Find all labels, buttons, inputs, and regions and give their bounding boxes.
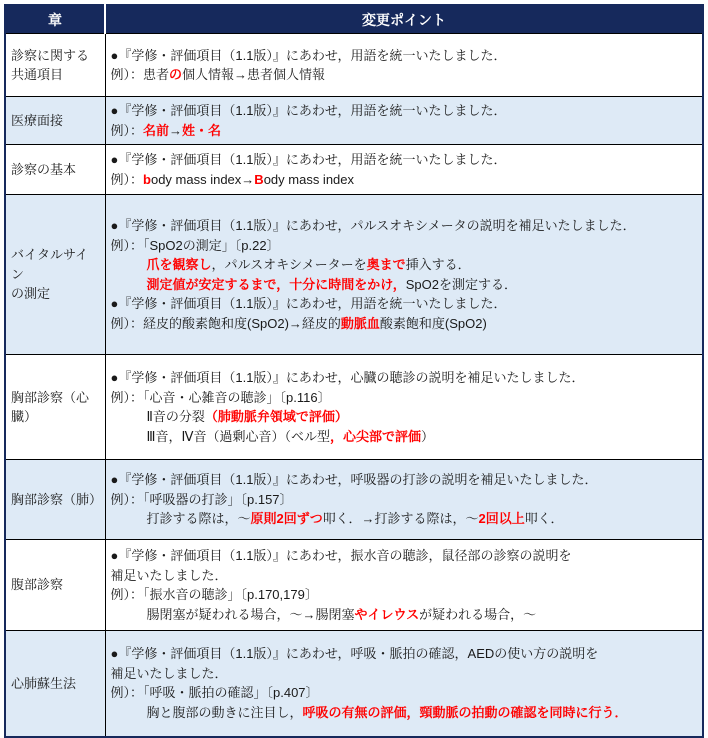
text-segment: 例）：「SpO2の測定」〔p.22〕 xyxy=(111,238,280,253)
table-row: 心肺蘇生法●『学修・評価項目（1.1版）』にあわせ，呼吸・脈拍の確認，AEDの使… xyxy=(5,631,703,737)
table-row: 医療面接●『学修・評価項目（1.1版）』にあわせ，用語を統一いたしました．例）：… xyxy=(5,97,703,145)
chapter-cell: 胸部診察（心臓） xyxy=(5,355,105,460)
chapter-cell: 診察の基本 xyxy=(5,145,105,195)
table-row: 腹部診察●『学修・評価項目（1.1版）』にあわせ，振水音の聴診，鼠径部の診察の説… xyxy=(5,540,703,631)
changed-text-segment: 奥まで xyxy=(367,257,406,272)
changed-text-segment: 動脈血 xyxy=(341,316,380,331)
chapter-cell: 診察に関する共通項目 xyxy=(5,34,105,97)
text-segment: → xyxy=(169,123,182,138)
change-table-page: 章 変更ポイント 診察に関する共通項目●『学修・評価項目（1.1版）』にあわせ，… xyxy=(0,0,708,738)
content-line: 例）：「振水音の聴診」〔p.170,179〕 xyxy=(111,585,699,605)
changed-text-segment: 測定値が安定するまで，十分に時間をかけ， xyxy=(147,277,406,292)
content-line: ●『学修・評価項目（1.1版）』にあわせ，用語を統一いたしました． xyxy=(111,46,699,66)
text-segment: ody mass index xyxy=(264,172,354,187)
text-segment: ody mass index→ xyxy=(151,172,254,187)
text-segment: 補足いたしました． xyxy=(111,568,228,583)
text-segment: 酸素飽和度(SpO2) xyxy=(380,316,487,331)
chapter-line: 共通項目 xyxy=(11,65,101,85)
text-segment: ●『学修・評価項目（1.1版）』にあわせ，心臓の聴診の説明を補足いたしました． xyxy=(111,370,585,385)
text-segment: 例）： xyxy=(111,172,144,187)
text-segment: ，パルスオキシメーターを xyxy=(212,257,367,272)
text-segment: 例）：患者 xyxy=(111,67,170,82)
text-segment: 胸と腹部の動きに注目し， xyxy=(147,705,303,720)
change-point-cell: ●『学修・評価項目（1.1版）』にあわせ，パルスオキシメータの説明を補足いたしま… xyxy=(105,195,703,355)
content-line: ●『学修・評価項目（1.1版）』にあわせ，呼吸・脈拍の確認，AEDの使い方の説明… xyxy=(111,644,699,664)
text-segment: 例）：「呼吸・脈拍の確認」〔p.407〕 xyxy=(111,685,319,700)
content-line: 測定値が安定するまで，十分に時間をかけ，SpO2を測定する． xyxy=(111,275,699,295)
changed-text-segment: b xyxy=(143,172,151,187)
text-segment: ●『学修・評価項目（1.1版）』にあわせ，呼吸・脈拍の確認，AEDの使い方の説明… xyxy=(111,646,599,661)
table-row: 胸部診察（肺）●『学修・評価項目（1.1版）』にあわせ，呼吸器の打診の説明を補足… xyxy=(5,460,703,540)
chapter-cell: バイタルサインの測定 xyxy=(5,195,105,355)
content-line: ●『学修・評価項目（1.1版）』にあわせ，用語を統一いたしました． xyxy=(111,150,699,170)
content-line: 補足いたしました． xyxy=(111,566,699,586)
table-row: 胸部診察（心臓）●『学修・評価項目（1.1版）』にあわせ，心臓の聴診の説明を補足… xyxy=(5,355,703,460)
text-segment: ●『学修・評価項目（1.1版）』にあわせ，パルスオキシメータの説明を補足いたしま… xyxy=(111,218,636,233)
text-segment: ） xyxy=(421,429,434,444)
content-line: 例）：「呼吸・脈拍の確認」〔p.407〕 xyxy=(111,683,699,703)
chapter-line: 臓） xyxy=(11,407,101,427)
changed-text-segment: の xyxy=(169,67,182,82)
text-segment: ●『学修・評価項目（1.1版）』にあわせ，振水音の聴診，鼠径部の診察の説明を xyxy=(111,548,572,563)
text-segment: ●『学修・評価項目（1.1版）』にあわせ，用語を統一いたしました． xyxy=(111,48,507,63)
change-point-cell: ●『学修・評価項目（1.1版）』にあわせ，呼吸・脈拍の確認，AEDの使い方の説明… xyxy=(105,631,703,737)
changed-text-segment: 呼吸の有無の評価，頸動脈の拍動の確認を同時に行う． xyxy=(303,705,628,720)
text-segment: Ⅲ音，Ⅳ音（過剰心音）（ベル型 xyxy=(147,429,330,444)
content-line: Ⅲ音，Ⅳ音（過剰心音）（ベル型，心尖部で評価） xyxy=(111,427,699,447)
text-segment: ●『学修・評価項目（1.1版）』にあわせ，用語を統一いたしました． xyxy=(111,296,507,311)
text-segment: ●『学修・評価項目（1.1版）』にあわせ，用語を統一いたしました． xyxy=(111,103,507,118)
content-line: 例）：「心音・心雑音の聴診」〔p.116〕 xyxy=(111,388,699,408)
text-segment: 補足いたしました． xyxy=(111,666,228,681)
changed-text-segment: B xyxy=(254,172,263,187)
text-segment: 叩く． xyxy=(525,511,564,526)
content-line: 例）：患者の個人情報→患者個人情報 xyxy=(111,65,699,85)
content-line: 例）：「SpO2の測定」〔p.22〕 xyxy=(111,236,699,256)
content-line: ●『学修・評価項目（1.1版）』にあわせ，振水音の聴診，鼠径部の診察の説明を xyxy=(111,546,699,566)
chapter-line: 医療面接 xyxy=(11,111,101,131)
chapter-line: 診察に関する xyxy=(11,46,101,66)
content-line: 例）：名前→姓・名 xyxy=(111,121,699,141)
chapter-line: 腹部診察 xyxy=(11,575,101,595)
text-segment: 打診する際は，～ xyxy=(147,511,251,526)
content-line: ●『学修・評価項目（1.1版）』にあわせ，用語を統一いたしました． xyxy=(111,101,699,121)
changed-text-segment: ，心尖部で評価 xyxy=(330,429,421,444)
content-line: ●『学修・評価項目（1.1版）』にあわせ，パルスオキシメータの説明を補足いたしま… xyxy=(111,216,699,236)
chapter-line: 心肺蘇生法 xyxy=(11,674,101,694)
text-segment: 挿入する． xyxy=(406,257,471,272)
text-segment: 叩く．→打診する際は，～ xyxy=(323,511,479,526)
content-line: 胸と腹部の動きに注目し，呼吸の有無の評価，頸動脈の拍動の確認を同時に行う． xyxy=(111,703,699,723)
table-body: 診察に関する共通項目●『学修・評価項目（1.1版）』にあわせ，用語を統一いたしま… xyxy=(5,34,703,737)
text-segment: Ⅱ音の分裂 xyxy=(147,409,205,424)
text-segment: が疑われる場合，～ xyxy=(419,607,536,622)
text-segment: 例）： xyxy=(111,123,144,138)
content-line: ●『学修・評価項目（1.1版）』にあわせ，心臓の聴診の説明を補足いたしました． xyxy=(111,368,699,388)
changed-text-segment: 姓・名 xyxy=(182,123,221,138)
chapter-cell: 心肺蘇生法 xyxy=(5,631,105,737)
changed-text-segment: やイレウス xyxy=(355,607,420,622)
table-row: 診察に関する共通項目●『学修・評価項目（1.1版）』にあわせ，用語を統一いたしま… xyxy=(5,34,703,97)
table-row: バイタルサインの測定●『学修・評価項目（1.1版）』にあわせ，パルスオキシメータ… xyxy=(5,195,703,355)
content-line: 爪を観察し，パルスオキシメーターを奥まで挿入する． xyxy=(111,255,699,275)
text-segment: ●『学修・評価項目（1.1版）』にあわせ，呼吸器の打診の説明を補足いたしました． xyxy=(111,472,598,487)
content-line: 例）：「呼吸器の打診」〔p.157〕 xyxy=(111,490,699,510)
content-line: ●『学修・評価項目（1.1版）』にあわせ，用語を統一いたしました． xyxy=(111,294,699,314)
change-point-cell: ●『学修・評価項目（1.1版）』にあわせ，用語を統一いたしました．例）：患者の個… xyxy=(105,34,703,97)
content-line: 例）：経皮的酸素飽和度(SpO2)→経皮的動脈血酸素飽和度(SpO2) xyxy=(111,314,699,334)
content-line: ●『学修・評価項目（1.1版）』にあわせ，呼吸器の打診の説明を補足いたしました． xyxy=(111,470,699,490)
changed-text-segment: 名前 xyxy=(143,123,169,138)
text-segment: ●『学修・評価項目（1.1版）』にあわせ，用語を統一いたしました． xyxy=(111,152,507,167)
chapter-line: 胸部診察（心 xyxy=(11,388,101,408)
changed-text-segment: 原則2回ずつ xyxy=(251,511,323,526)
chapter-line: 胸部診察（肺） xyxy=(11,490,101,510)
header-change-points: 変更ポイント xyxy=(105,5,703,34)
change-point-cell: ●『学修・評価項目（1.1版）』にあわせ，用語を統一いたしました．例）：名前→姓… xyxy=(105,97,703,145)
text-segment: 例）：「振水音の聴診」〔p.170,179〕 xyxy=(111,587,318,602)
chapter-line: 診察の基本 xyxy=(11,160,101,180)
chapter-line: バイタルサイン xyxy=(11,245,101,284)
text-segment: 例）：「呼吸器の打診」〔p.157〕 xyxy=(111,492,293,507)
changed-text-segment: （肺動脈弁領域で評価） xyxy=(205,409,348,424)
change-point-cell: ●『学修・評価項目（1.1版）』にあわせ，振水音の聴診，鼠径部の診察の説明を補足… xyxy=(105,540,703,631)
chapter-cell: 腹部診察 xyxy=(5,540,105,631)
text-segment: 個人情報→患者個人情報 xyxy=(182,67,325,82)
text-segment: 腸閉塞が疑われる場合，～→腸閉塞 xyxy=(147,607,355,622)
content-line: 例）：body mass index→Body mass index xyxy=(111,170,699,190)
text-segment: SpO2を測定する． xyxy=(406,277,517,292)
change-point-cell: ●『学修・評価項目（1.1版）』にあわせ，呼吸器の打診の説明を補足いたしました．… xyxy=(105,460,703,540)
content-line: 打診する際は，～原則2回ずつ叩く．→打診する際は，～2回以上叩く． xyxy=(111,509,699,529)
text-segment: 例）：「心音・心雑音の聴診」〔p.116〕 xyxy=(111,390,331,405)
header-row: 章 変更ポイント xyxy=(5,5,703,34)
change-points-table: 章 変更ポイント 診察に関する共通項目●『学修・評価項目（1.1版）』にあわせ，… xyxy=(4,4,704,738)
chapter-line: の測定 xyxy=(11,284,101,304)
changed-text-segment: 2回以上 xyxy=(479,511,525,526)
chapter-cell: 医療面接 xyxy=(5,97,105,145)
changed-text-segment: 爪を観察し xyxy=(147,257,212,272)
text-segment: 例）：経皮的酸素飽和度(SpO2)→経皮的 xyxy=(111,316,341,331)
content-line: 補足いたしました． xyxy=(111,664,699,684)
change-point-cell: ●『学修・評価項目（1.1版）』にあわせ，用語を統一いたしました．例）：body… xyxy=(105,145,703,195)
change-point-cell: ●『学修・評価項目（1.1版）』にあわせ，心臓の聴診の説明を補足いたしました．例… xyxy=(105,355,703,460)
table-row: 診察の基本●『学修・評価項目（1.1版）』にあわせ，用語を統一いたしました．例）… xyxy=(5,145,703,195)
content-line: 腸閉塞が疑われる場合，～→腸閉塞やイレウスが疑われる場合，～ xyxy=(111,605,699,625)
content-line: Ⅱ音の分裂（肺動脈弁領域で評価） xyxy=(111,407,699,427)
header-chapter: 章 xyxy=(5,5,105,34)
chapter-cell: 胸部診察（肺） xyxy=(5,460,105,540)
